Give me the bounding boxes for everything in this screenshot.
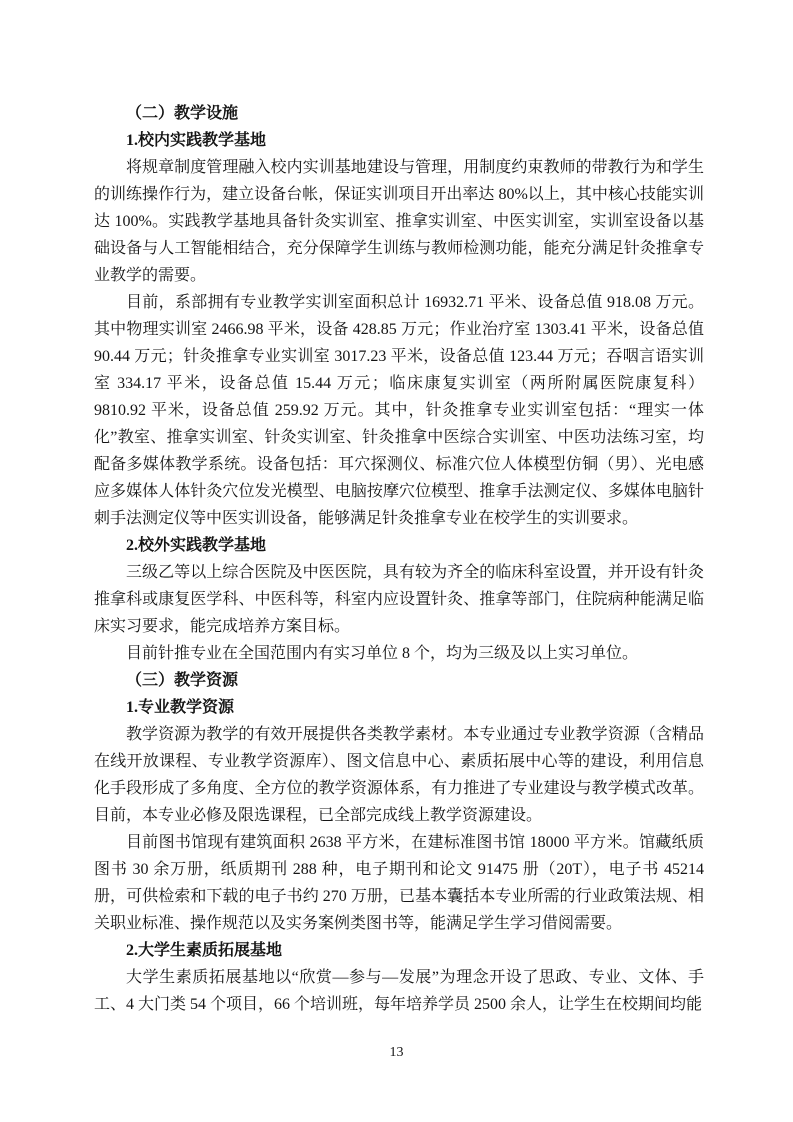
heading-teaching-resources: （三）教学资源 — [94, 667, 704, 694]
paragraph-teaching-resources-system: 教学资源为教学的有效开展提供各类教学素材。本专业通过专业教学资源（含精品在线开放… — [94, 721, 704, 829]
page-number: 13 — [0, 1044, 793, 1062]
document-page: （二）教学设施 1.校内实践教学基地 将规章制度管理融入校内实训基地建设与管理，… — [0, 0, 793, 1122]
heading-teaching-facilities: （二）教学设施 — [94, 100, 704, 127]
paragraph-library-collection: 目前图书馆现有建筑面积 2638 平方米，在建标准图书馆 18000 平方米。馆… — [94, 829, 704, 937]
paragraph-training-room-area-equipment: 目前，系部拥有专业教学实训室面积总计 16932.71 平米、设备总值 918.… — [94, 289, 704, 532]
heading-student-quality-development-base: 2.大学生素质拓展基地 — [94, 937, 704, 964]
paragraph-internship-units: 目前针推专业在全国范围内有实习单位 8 个，均为三级及以上实习单位。 — [94, 640, 704, 667]
heading-professional-teaching-resources: 1.专业教学资源 — [94, 694, 704, 721]
paragraph-quality-development-programs: 大学生素质拓展基地以“欣赏—参与—发展”为理念开设了思政、专业、文体、手工、4 … — [94, 964, 704, 1018]
paragraph-training-base-management: 将规章制度管理融入校内实训基地建设与管理，用制度约束教师的带教行为和学生的训练操… — [94, 154, 704, 289]
heading-off-campus-practice-base: 2.校外实践教学基地 — [94, 532, 704, 559]
heading-on-campus-practice-base: 1.校内实践教学基地 — [94, 127, 704, 154]
paragraph-hospital-requirements: 三级乙等以上综合医院及中医医院，具有较为齐全的临床科室设置，并开设有针灸推拿科或… — [94, 559, 704, 640]
